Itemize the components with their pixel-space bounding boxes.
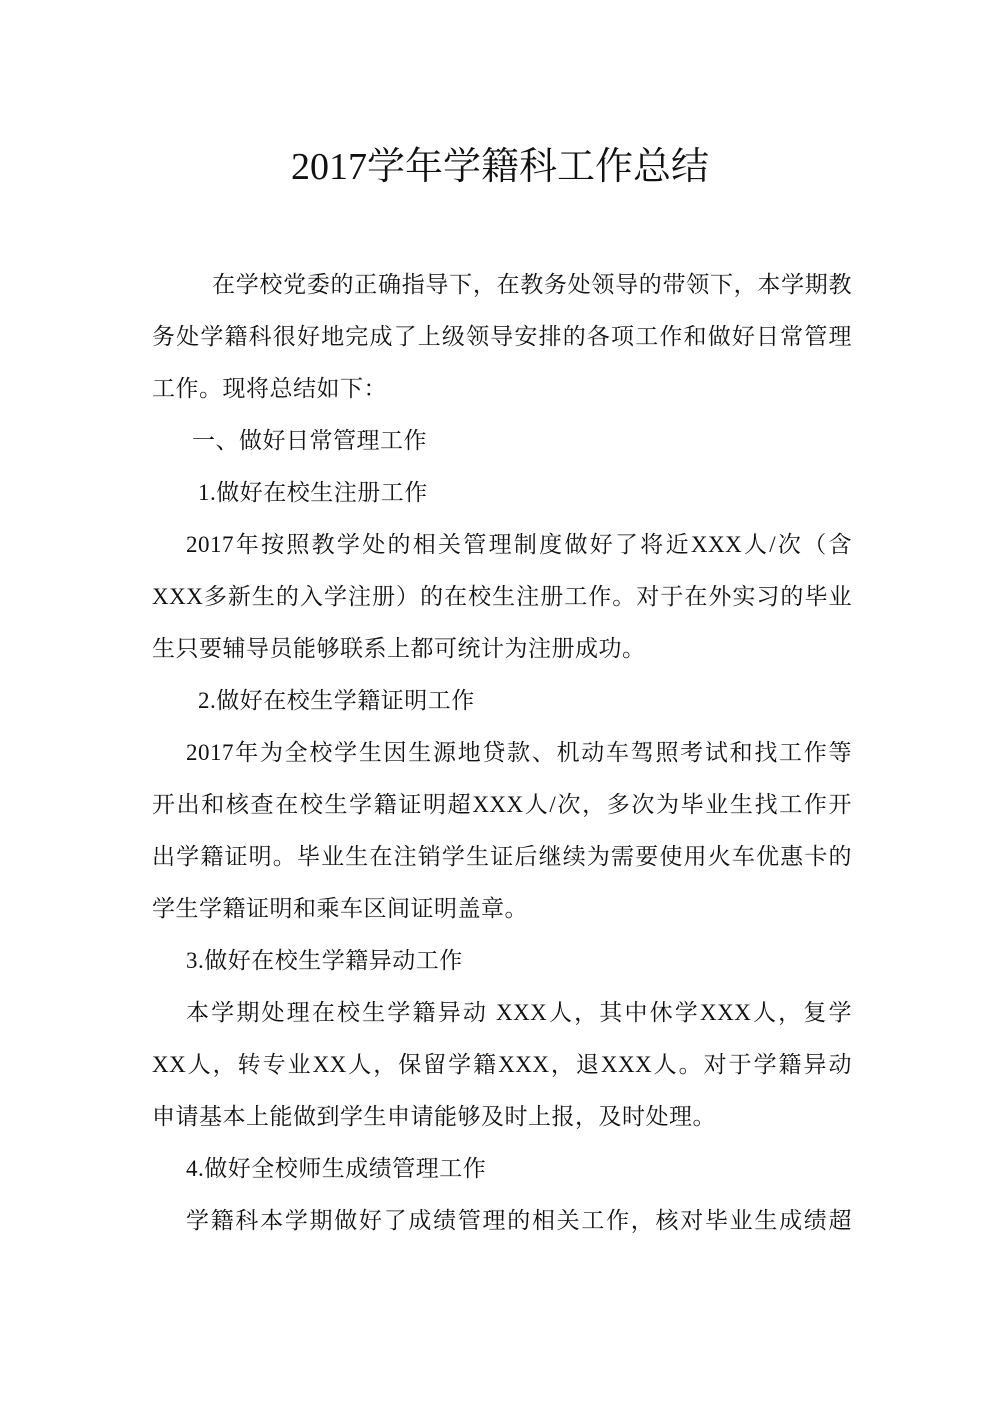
paragraph-line: 务处学籍科很好地完成了上级领导安排的各项工作和做好日常管理: [152, 322, 852, 352]
document-title: 2017学年学籍科工作总结: [0, 140, 1000, 194]
section-heading: 3.做好在校生学籍异动工作: [186, 946, 852, 976]
paragraph-line: 开出和核查在校生学籍证明超XXX人/次，多次为毕业生找工作开: [152, 790, 852, 820]
paragraph-line: 在学校党委的正确指导下，在教务处领导的带领下，本学期教: [212, 270, 852, 300]
paragraph-line: 学籍科本学期做好了成绩管理的相关工作，核对毕业生成绩超: [186, 1206, 852, 1236]
paragraph-line: 生只要辅导员能够联系上都可统计为注册成功。: [152, 634, 852, 664]
paragraph-line: 本学期处理在校生学籍异动 XXX人，其中休学XXX人，复学: [186, 998, 852, 1028]
paragraph-line: 2017年按照教学处的相关管理制度做好了将近XXX人/次（含: [186, 530, 852, 560]
paragraph-line: XXX多新生的入学注册）的在校生注册工作。对于在外实习的毕业: [152, 582, 852, 612]
paragraph-line: 学生学籍证明和乘车区间证明盖章。: [152, 894, 852, 924]
document-page: 2017学年学籍科工作总结 在学校党委的正确指导下，在教务处领导的带领下，本学期…: [0, 0, 1000, 1415]
paragraph-line: 2017年为全校学生因生源地贷款、机动车驾照考试和找工作等: [186, 738, 852, 768]
section-heading: 4.做好全校师生成绩管理工作: [186, 1154, 852, 1184]
paragraph-line: XX人，转专业XX人，保留学籍XXX，退XXX人。对于学籍异动: [152, 1050, 852, 1080]
section-heading: 一、做好日常管理工作: [192, 426, 852, 456]
paragraph-line: 申请基本上能做到学生申请能够及时上报，及时处理。: [152, 1102, 852, 1132]
paragraph-line: 工作。现将总结如下：: [152, 374, 852, 404]
section-heading: 2.做好在校生学籍证明工作: [198, 686, 852, 716]
section-heading: 1.做好在校生注册工作: [198, 478, 852, 508]
paragraph-line: 出学籍证明。毕业生在注销学生证后继续为需要使用火车优惠卡的: [152, 842, 852, 872]
